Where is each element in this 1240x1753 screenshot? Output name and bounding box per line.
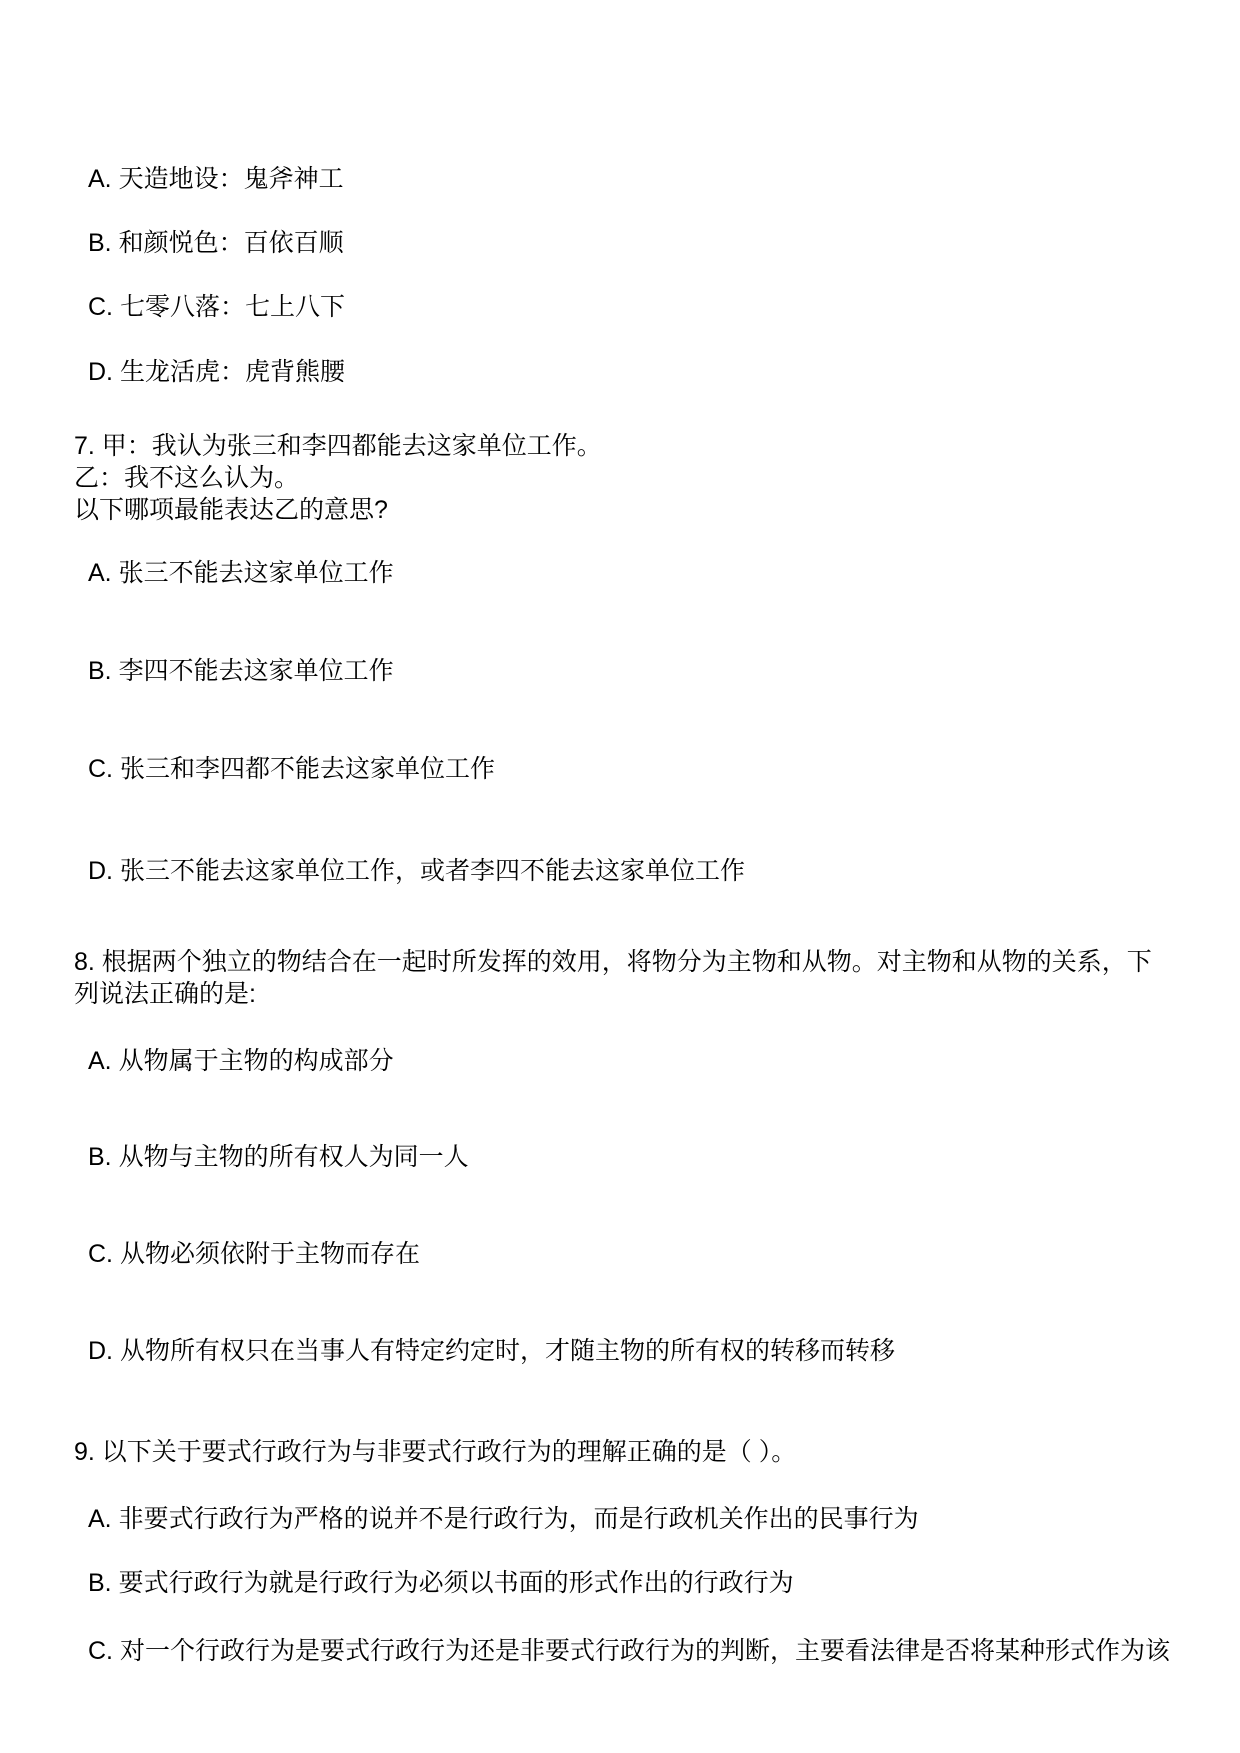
option-label: B. — [88, 1142, 112, 1172]
option-text: 要式行政行为就是行政行为必须以书面的形式作出的行政行为 — [119, 1569, 794, 1597]
option-label: C. — [88, 1239, 113, 1269]
option-text: 李四不能去这家单位工作 — [119, 657, 394, 685]
option-row: B.李四不能去这家单位工作 — [88, 656, 394, 686]
question-stem: 9. 以下关于要式行政行为与非要式行政行为的理解正确的是（ ）。 — [74, 1437, 796, 1467]
option-text: 张三和李四都不能去这家单位工作 — [120, 755, 495, 783]
option-label: D. — [88, 1336, 113, 1366]
question-stem: 以下哪项最能表达乙的意思? — [74, 495, 388, 525]
option-label: D. — [88, 856, 113, 886]
option-row: D.从物所有权只在当事人有特定约定时，才随主物的所有权的转移而转移 — [88, 1336, 895, 1366]
option-label: A. — [88, 1504, 112, 1534]
option-row: C.张三和李四都不能去这家单位工作 — [88, 754, 495, 784]
question-stem: 8. 根据两个独立的物结合在一起时所发挥的效用，将物分为主物和从物。对主物和从物… — [74, 947, 1152, 977]
question-stem: 乙：我不这么认为。 — [74, 463, 299, 493]
option-label: A. — [88, 1046, 112, 1076]
option-text: 从物所有权只在当事人有特定约定时，才随主物的所有权的转移而转移 — [120, 1337, 895, 1365]
option-label: D. — [88, 357, 113, 387]
option-text: 非要式行政行为严格的说并不是行政行为，而是行政机关作出的民事行为 — [119, 1505, 919, 1533]
option-text: 七零八落：七上八下 — [120, 293, 345, 321]
option-text: 天造地设：鬼斧神工 — [119, 165, 344, 193]
option-text: 生龙活虎：虎背熊腰 — [120, 358, 345, 386]
option-text: 张三不能去这家单位工作，或者李四不能去这家单位工作 — [120, 857, 745, 885]
option-label: B. — [88, 228, 112, 258]
option-text: 和颜悦色：百依百顺 — [119, 229, 344, 257]
option-label: C. — [88, 1636, 113, 1666]
option-row: B.要式行政行为就是行政行为必须以书面的形式作出的行政行为 — [88, 1568, 794, 1598]
option-text: 张三不能去这家单位工作 — [119, 559, 394, 587]
question-stem: 列说法正确的是: — [74, 979, 256, 1009]
question-stem: 7. 甲：我认为张三和李四都能去这家单位工作。 — [74, 431, 602, 461]
option-text: 从物必须依附于主物而存在 — [120, 1240, 420, 1268]
option-row: C.对一个行政行为是要式行政行为还是非要式行政行为的判断，主要看法律是否将某种形… — [88, 1636, 1170, 1666]
option-row: B.从物与主物的所有权人为同一人 — [88, 1142, 469, 1172]
option-text: 对一个行政行为是要式行政行为还是非要式行政行为的判断，主要看法律是否将某种形式作… — [120, 1637, 1170, 1665]
option-label: B. — [88, 1568, 112, 1598]
option-label: B. — [88, 656, 112, 686]
option-label: C. — [88, 754, 113, 784]
option-row: A.从物属于主物的构成部分 — [88, 1046, 394, 1076]
option-text: 从物与主物的所有权人为同一人 — [119, 1143, 469, 1171]
option-row: D.张三不能去这家单位工作，或者李四不能去这家单位工作 — [88, 856, 745, 886]
option-row: D.生龙活虎：虎背熊腰 — [88, 357, 345, 387]
option-row: C.从物必须依附于主物而存在 — [88, 1239, 420, 1269]
option-label: A. — [88, 164, 112, 194]
option-row: C.七零八落：七上八下 — [88, 292, 345, 322]
option-row: A.天造地设：鬼斧神工 — [88, 164, 344, 194]
option-row: A.非要式行政行为严格的说并不是行政行为，而是行政机关作出的民事行为 — [88, 1504, 919, 1534]
option-label: A. — [88, 558, 112, 588]
option-text: 从物属于主物的构成部分 — [119, 1047, 394, 1075]
option-row: A.张三不能去这家单位工作 — [88, 558, 394, 588]
option-row: B.和颜悦色：百依百顺 — [88, 228, 344, 258]
exam-document-page: A.天造地设：鬼斧神工 B.和颜悦色：百依百顺 C.七零八落：七上八下 D.生龙… — [0, 0, 1240, 1753]
option-label: C. — [88, 292, 113, 322]
